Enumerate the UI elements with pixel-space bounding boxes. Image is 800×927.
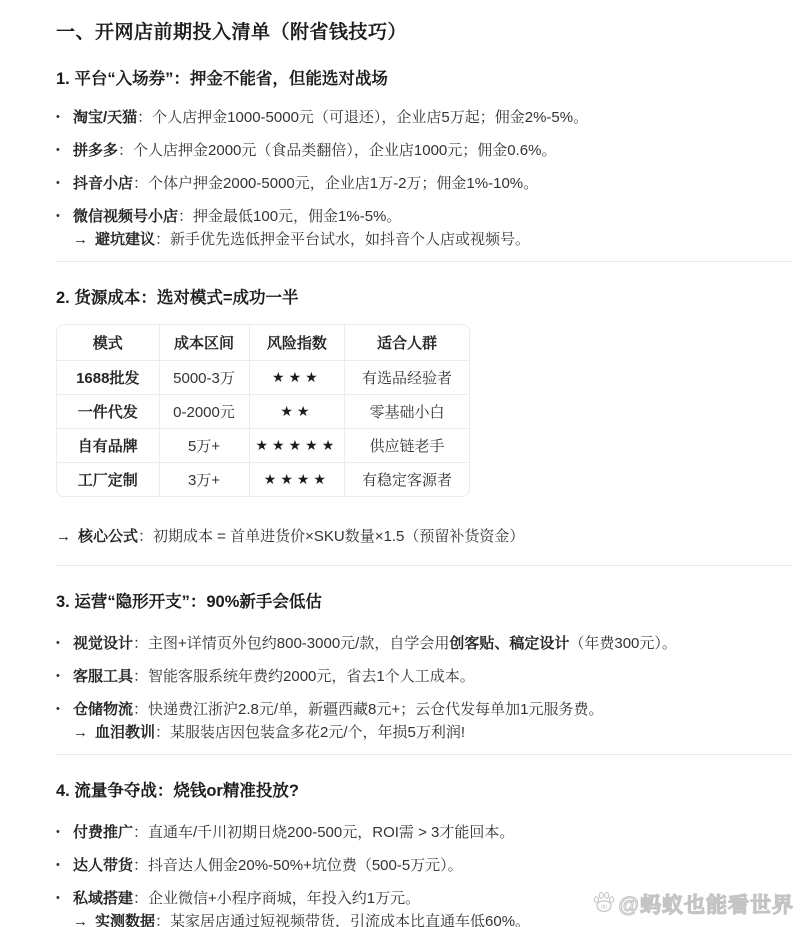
bullet-text: ：企业微信+小程序商城，年投入约1万元。 — [133, 890, 420, 907]
bullet-icon: • — [56, 140, 73, 161]
table-cell: 工厂定制 — [57, 462, 159, 496]
bullet-icon: • — [56, 855, 73, 876]
bullet-term: 抖音小店 — [73, 175, 133, 192]
bullet-icon: • — [56, 888, 73, 909]
list-item: • 微信视频号小店：押金最低100元，佣金1%-5%。 — [56, 206, 792, 227]
bullet-icon: • — [56, 699, 73, 720]
table-header-cell: 模式 — [57, 325, 159, 360]
table-cell: 0-2000元 — [159, 394, 249, 428]
section-divider — [56, 565, 792, 566]
section-divider — [56, 754, 792, 755]
bullet-icon: • — [56, 173, 73, 194]
bullet-text: ：快递费江浙沪2.8元/单，新疆西藏8元+；云仓代发每单加1元服务费。 — [133, 701, 603, 718]
table-header-row: 模式 成本区间 风险指数 适合人群 — [57, 325, 469, 360]
watermark: du @蚂蚁也能看世界 — [592, 889, 794, 919]
section-supply-cost: 2. 货源成本：选对模式=成功一半 模式 成本区间 风险指数 适合人群 1688… — [56, 287, 792, 547]
bullet-term: 付费推广 — [73, 824, 133, 841]
table-cell: 一件代发 — [57, 394, 159, 428]
note-line: → 避坑建议：新手优先选低押金平台试水，如抖音个人店或视频号。 — [56, 229, 792, 250]
table-cell: 供应链老手 — [345, 428, 469, 462]
bullet-text: ：直通车/千川初期日烧200-500元，ROI需 > 3才能回本。 — [133, 824, 514, 841]
table-header-cell: 风险指数 — [249, 325, 345, 360]
section-heading: 2. 货源成本：选对模式=成功一半 — [56, 287, 792, 309]
bullet-text: ：个人店押金2000元（食品类翻倍），企业店1000元；佣金0.6%。 — [118, 142, 556, 159]
table-cell: 5000-3万 — [159, 360, 249, 394]
note-line: → 血泪教训：某服装店因包装盒多花2元/个，年损5万利润! — [56, 722, 792, 743]
list-item: • 抖音小店：个体户押金2000-5000元，企业店1万-2万；佣金1%-10%… — [56, 173, 792, 194]
arrow-icon: → — [73, 911, 88, 927]
bullet-term: 客服工具 — [73, 668, 133, 685]
table-cell: 自有品牌 — [57, 428, 159, 462]
note-text: ：新手优先选低押金平台试水，如抖音个人店或视频号。 — [155, 231, 530, 248]
bullet-term: 仓储物流 — [73, 701, 133, 718]
arrow-icon: → — [56, 526, 71, 547]
bullet-text: ：抖音达人佣金20%-50%+坑位费（500-5万元）。 — [133, 857, 463, 874]
table-cell: 5万+ — [159, 428, 249, 462]
table-row: 工厂定制 3万+ ★★★★ 有稳定客源者 — [57, 462, 469, 496]
watermark-text: @蚂蚁也能看世界 — [619, 889, 794, 919]
document: 一、开网店前期投入清单（附省钱技巧） 1. 平台“入场券”：押金不能省，但能选对… — [0, 0, 800, 927]
note-term: 血泪教训 — [95, 724, 155, 741]
list-item: • 淘宝/天猫：个人店押金1000-5000元（可退还），企业店5万起；佣金2%… — [56, 107, 792, 128]
bullet-term: 视觉设计 — [73, 635, 133, 652]
table-cell: 3万+ — [159, 462, 249, 496]
cost-table: 模式 成本区间 风险指数 适合人群 1688批发 5000-3万 ★★★ 有选品… — [56, 324, 470, 497]
table-row: 1688批发 5000-3万 ★★★ 有选品经验者 — [57, 360, 469, 394]
bullet-icon: • — [56, 107, 73, 128]
list-item: • 达人带货：抖音达人佣金20%-50%+坑位费（500-5万元）。 — [56, 855, 792, 876]
note-term: 实测数据 — [95, 913, 155, 927]
table-row: 自有品牌 5万+ ★★★★★ 供应链老手 — [57, 428, 469, 462]
table-header-cell: 成本区间 — [159, 325, 249, 360]
risk-stars: ★★★★★ — [249, 428, 345, 462]
bullet-icon: • — [56, 633, 73, 654]
table-cell: 1688批发 — [57, 360, 159, 394]
page-title: 一、开网店前期投入清单（附省钱技巧） — [56, 20, 792, 46]
section-hidden-costs: 3. 运营“隐形开支”：90%新手会低估 • 视觉设计：主图+详情页外包约800… — [56, 591, 792, 743]
table-row: 一件代发 0-2000元 ★★ 零基础小白 — [57, 394, 469, 428]
bullet-term: 微信视频号小店 — [73, 208, 178, 225]
risk-stars: ★★ — [249, 394, 345, 428]
list-item: • 仓储物流：快递费江浙沪2.8元/单，新疆西藏8元+；云仓代发每单加1元服务费… — [56, 699, 792, 720]
bullet-text: ：个体户押金2000-5000元，企业店1万-2万；佣金1%-10%。 — [133, 175, 538, 192]
bullet-text: （年费300元）。 — [569, 635, 677, 652]
risk-stars: ★★★ — [249, 360, 345, 394]
bullet-icon: • — [56, 666, 73, 687]
section-heading: 3. 运营“隐形开支”：90%新手会低估 — [56, 591, 792, 613]
bullet-text-bold: 创客贴、稿定设计 — [449, 635, 569, 652]
bullet-term: 淘宝/天猫 — [73, 109, 137, 126]
table-cell: 有稳定客源者 — [345, 462, 469, 496]
arrow-icon: → — [73, 229, 88, 250]
list-item: • 付费推广：直通车/千川初期日烧200-500元，ROI需 > 3才能回本。 — [56, 822, 792, 843]
bullet-term: 私域搭建 — [73, 890, 133, 907]
note-term: 避坑建议 — [95, 231, 155, 248]
list-item: • 客服工具：智能客服系统年费约2000元，省去1个人工成本。 — [56, 666, 792, 687]
list-item: • 视觉设计：主图+详情页外包约800-3000元/款，自学会用创客贴、稿定设计… — [56, 633, 792, 654]
svg-text:du: du — [600, 904, 607, 910]
bullet-text: ：主图+详情页外包约800-3000元/款，自学会用 — [133, 635, 449, 652]
section-platform-fees: 1. 平台“入场券”：押金不能省，但能选对战场 • 淘宝/天猫：个人店押金100… — [56, 68, 792, 250]
section-heading: 4. 流量争夺战：烧钱or精准投放? — [56, 780, 792, 802]
risk-stars: ★★★★ — [249, 462, 345, 496]
table-cell: 有选品经验者 — [345, 360, 469, 394]
note-text: ：初期成本 = 首单进货价×SKU数量×1.5（预留补货资金） — [138, 528, 524, 545]
bullet-text: ：押金最低100元，佣金1%-5%。 — [178, 208, 401, 225]
bullet-icon: • — [56, 822, 73, 843]
note-text: ：某家居店通过短视频带货，引流成本比直通车低60%。 — [155, 913, 530, 927]
note-term: 核心公式 — [78, 528, 138, 545]
note-text: ：某服装店因包装盒多花2元/个，年损5万利润! — [155, 724, 465, 741]
bullet-text: ：个人店押金1000-5000元（可退还），企业店5万起；佣金2%-5%。 — [137, 109, 588, 126]
bullet-text: ：智能客服系统年费约2000元，省去1个人工成本。 — [133, 668, 475, 685]
bullet-icon: • — [56, 206, 73, 227]
table-header-cell: 适合人群 — [345, 325, 469, 360]
table-cell: 零基础小白 — [345, 394, 469, 428]
bullet-term: 拼多多 — [73, 142, 118, 159]
section-heading: 1. 平台“入场券”：押金不能省，但能选对战场 — [56, 68, 792, 90]
arrow-icon: → — [73, 722, 88, 743]
list-item: • 拼多多：个人店押金2000元（食品类翻倍），企业店1000元；佣金0.6%。 — [56, 140, 792, 161]
baidu-paw-icon: du — [592, 890, 616, 919]
note-line: → 核心公式：初期成本 = 首单进货价×SKU数量×1.5（预留补货资金） — [56, 526, 792, 547]
section-divider — [56, 261, 792, 262]
bullet-term: 达人带货 — [73, 857, 133, 874]
